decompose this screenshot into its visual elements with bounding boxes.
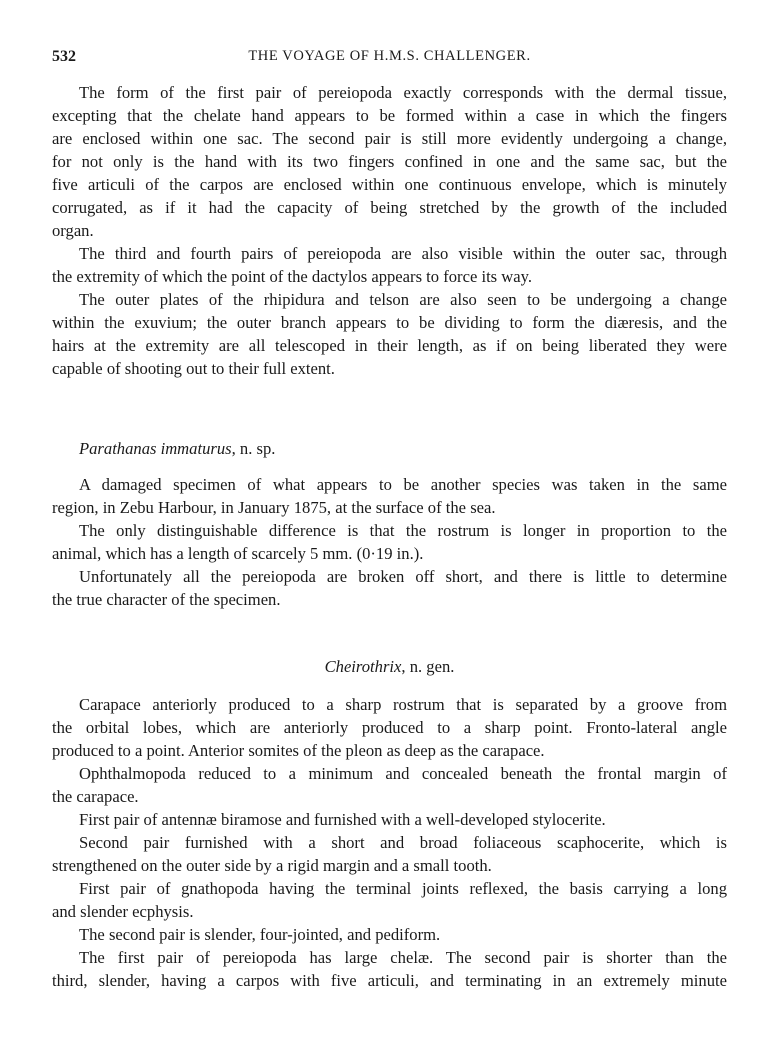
paragraph: The outer plates of the rhipidura and te…: [52, 288, 727, 380]
species-heading: Parathanas immaturus, n. sp.: [52, 437, 754, 461]
text-line: the extremity of which the point of the …: [52, 265, 727, 288]
text-line: region, in Zebu Harbour, in January 1875…: [52, 496, 727, 519]
paragraph: A damaged specimen of what appears to be…: [52, 473, 727, 519]
species-name: Parathanas immaturus: [79, 439, 232, 458]
running-header: 532 THE VOYAGE OF H.M.S. CHALLENGER.: [52, 48, 727, 70]
text-line: Unfortunately all the pereiopoda are bro…: [52, 565, 727, 588]
text-line: hairs at the extremity are all telescope…: [52, 334, 727, 357]
text-line: strengthened on the outer side by a rigi…: [52, 854, 727, 877]
paragraph: The third and fourth pairs of pereiopoda…: [52, 242, 727, 288]
text-line: Ophthalmopoda reduced to a minimum and c…: [52, 762, 727, 785]
text-line: The second pair is slender, four-jointed…: [52, 923, 727, 946]
text-line: the orbital lobes, which are anteriorly …: [52, 716, 727, 739]
text-line: The first pair of pereiopoda has large c…: [52, 946, 727, 969]
text-line: animal, which has a length of scarcely 5…: [52, 542, 727, 565]
text-line: organ.: [52, 219, 727, 242]
paragraph: Second pair furnished with a short and b…: [52, 831, 727, 877]
text-line: the true character of the specimen.: [52, 588, 727, 611]
paragraph: Ophthalmopoda reduced to a minimum and c…: [52, 762, 727, 808]
genus-name: Cheirothrix: [325, 657, 402, 676]
paragraph: Unfortunately all the pereiopoda are bro…: [52, 565, 727, 611]
paragraph: The only distinguishable difference is t…: [52, 519, 727, 565]
paragraph: First pair of gnathopoda having the term…: [52, 877, 727, 923]
text-line: the carapace.: [52, 785, 727, 808]
text-line: The third and fourth pairs of pereiopoda…: [52, 242, 727, 265]
genus-qualifier: , n. gen.: [401, 657, 454, 676]
text-line: Second pair furnished with a short and b…: [52, 831, 727, 854]
paragraph: The first pair of pereiopoda has large c…: [52, 946, 727, 992]
text-line: The only distinguishable difference is t…: [52, 519, 727, 542]
text-line: capable of shooting out to their full ex…: [52, 357, 727, 380]
text-line: five articuli of the carpos are enclosed…: [52, 173, 727, 196]
text-line: Carapace anteriorly produced to a sharp …: [52, 693, 727, 716]
text-line: First pair of antennæ biramose and furni…: [52, 808, 727, 831]
text-line: The outer plates of the rhipidura and te…: [52, 288, 727, 311]
text-line: excepting that the chelate hand appears …: [52, 104, 727, 127]
paragraph: First pair of antennæ biramose and furni…: [52, 808, 727, 831]
text-line: corrugated, as if it had the capacity of…: [52, 196, 727, 219]
species-qualifier: , n. sp.: [232, 439, 276, 458]
text-line: produced to a point. Anterior somites of…: [52, 739, 727, 762]
text-line: within the exuvium; the outer branch app…: [52, 311, 727, 334]
text-line: First pair of gnathopoda having the term…: [52, 877, 727, 900]
text-line: and slender ecphysis.: [52, 900, 727, 923]
genus-heading: Cheirothrix, n. gen.: [52, 655, 727, 679]
running-title: THE VOYAGE OF H.M.S. CHALLENGER.: [52, 48, 727, 65]
paragraph: The second pair is slender, four-jointed…: [52, 923, 727, 946]
paragraph: Carapace anteriorly produced to a sharp …: [52, 693, 727, 762]
text-line: are enclosed within one sac. The second …: [52, 127, 727, 150]
paragraph: The form of the first pair of pereiopoda…: [52, 81, 727, 242]
text-line: for not only is the hand with its two fi…: [52, 150, 727, 173]
text-line: The form of the first pair of pereiopoda…: [52, 81, 727, 104]
text-line: A damaged specimen of what appears to be…: [52, 473, 727, 496]
text-line: third, slender, having a carpos with fiv…: [52, 969, 727, 992]
